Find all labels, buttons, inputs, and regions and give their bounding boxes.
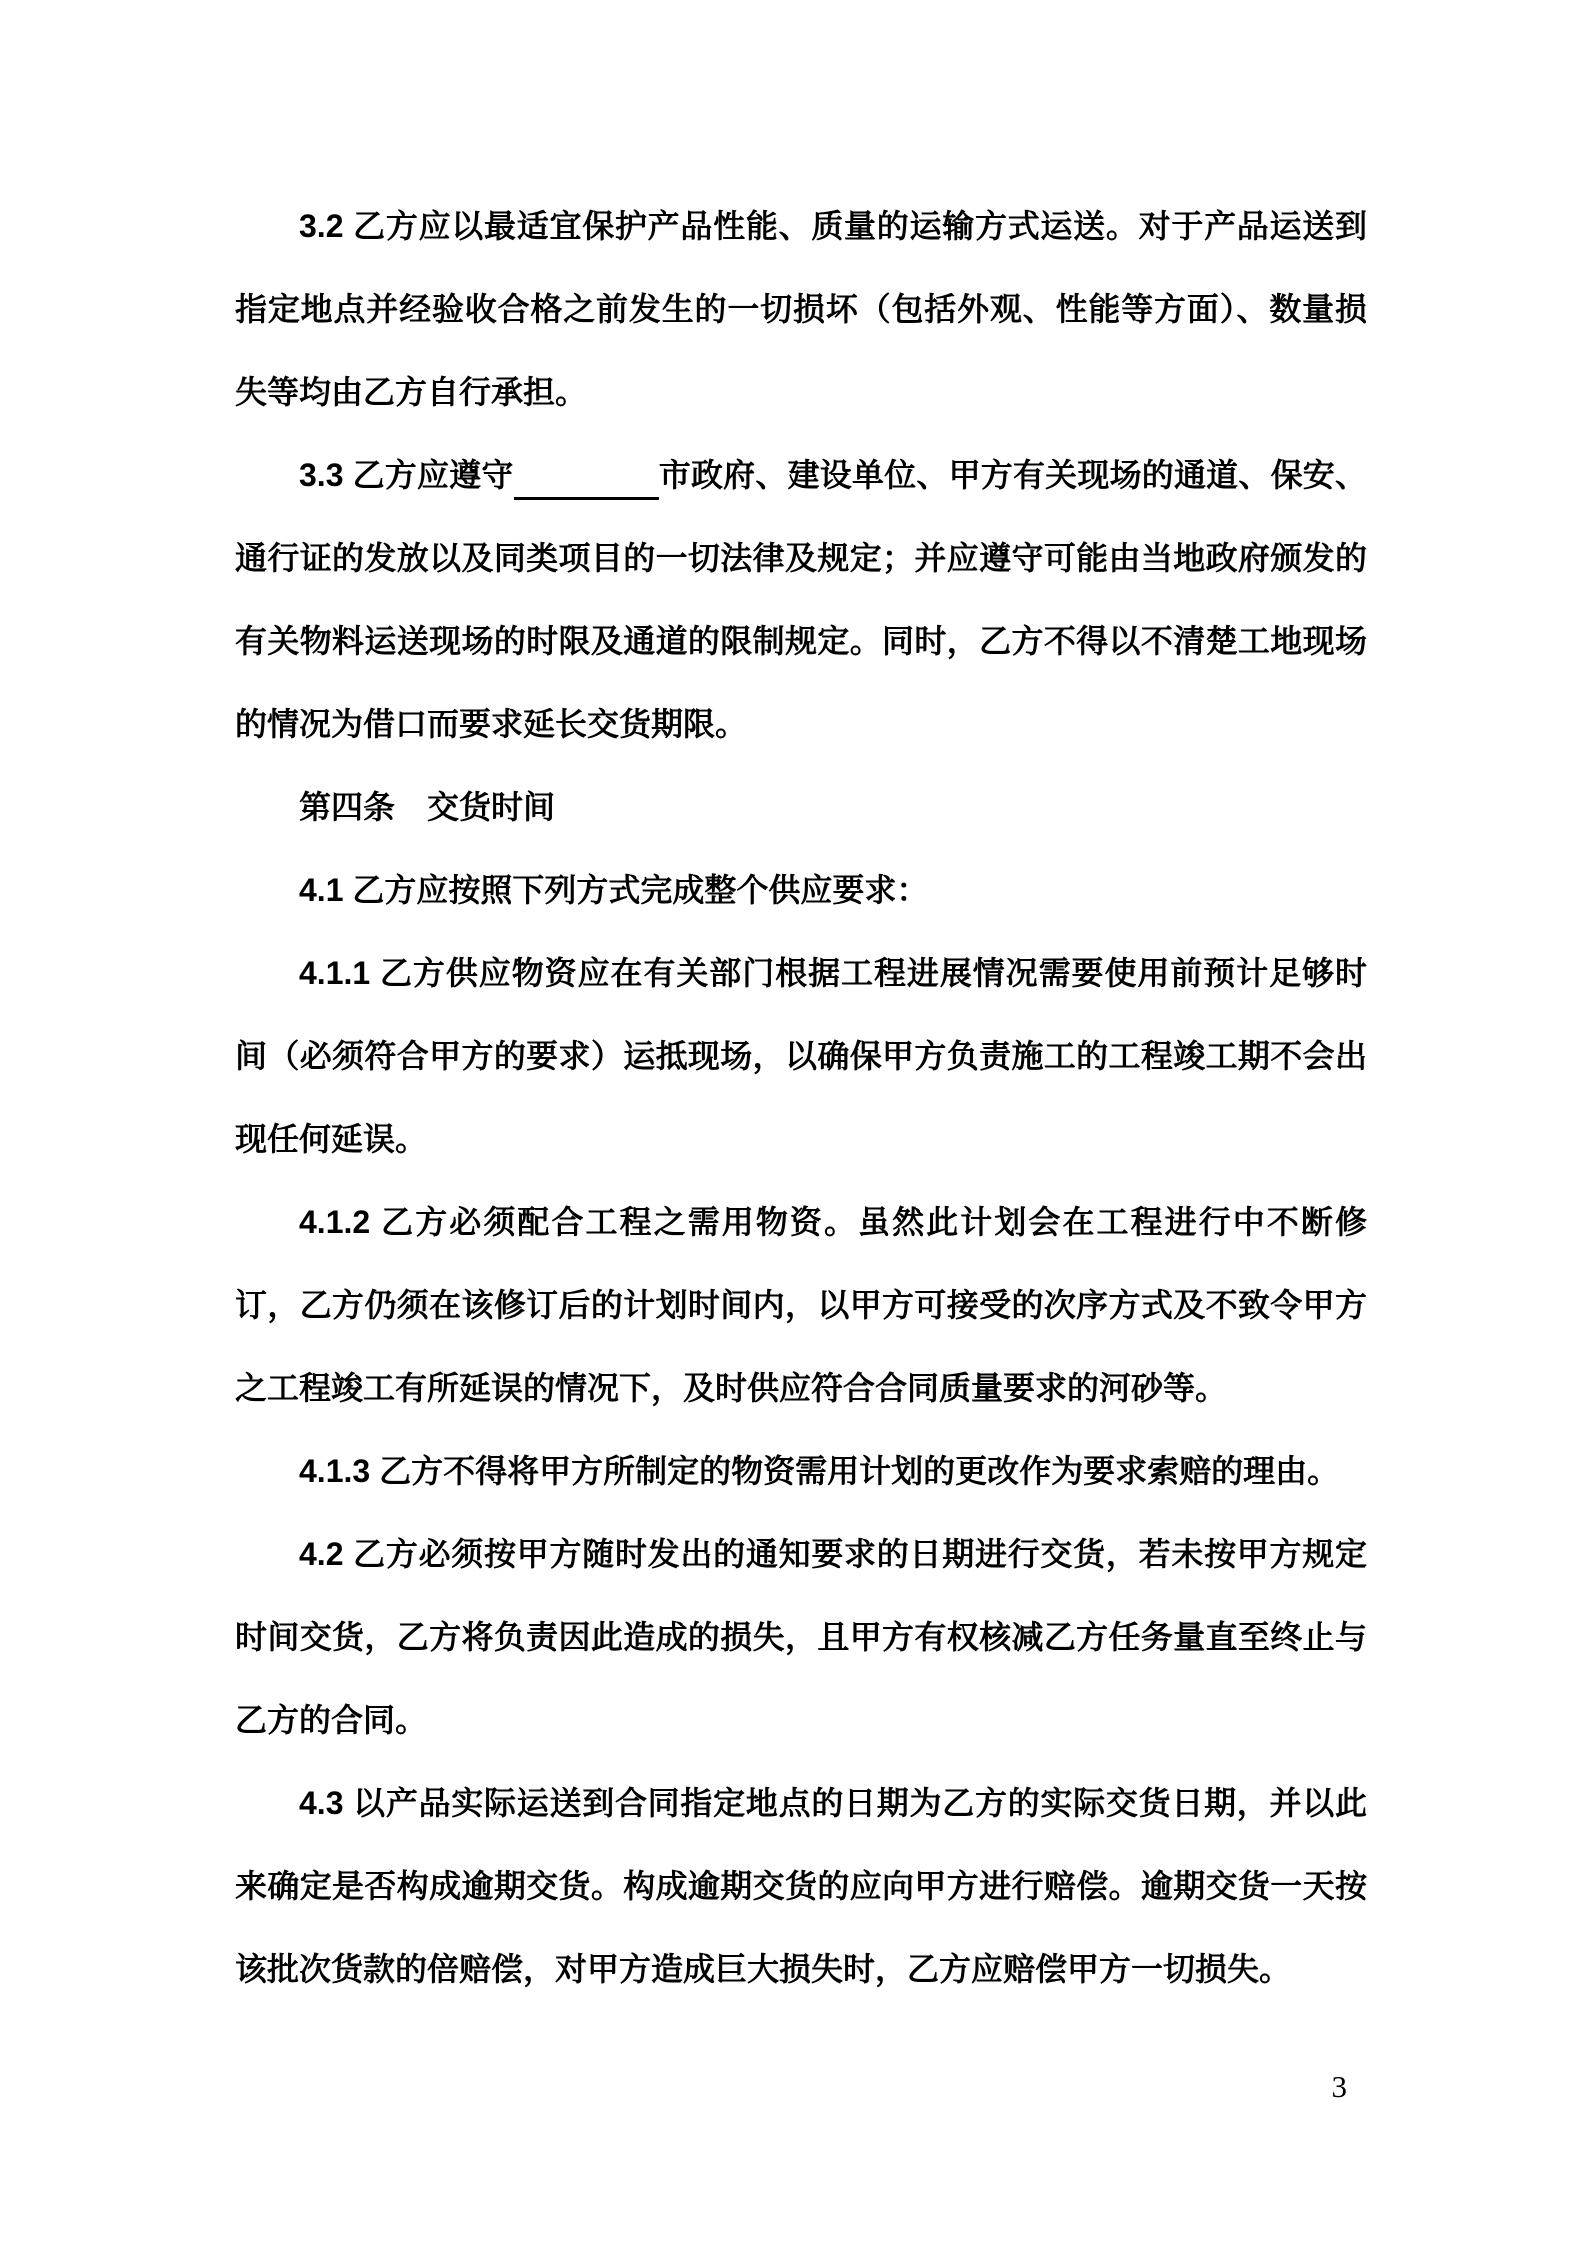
- clause-4-3: 4.3 以产品实际运送到合同指定地点的日期为乙方的实际交货日期，并以此来确定是否…: [235, 1762, 1367, 2011]
- clause-4-1: 4.1 乙方应按照下列方式完成整个供应要求：: [235, 849, 1367, 932]
- clause-3-3-text-post: 市政府、建设单位、甲方有关现场的通道、保安、通行证的发放以及同类项目的一切法律及…: [235, 457, 1367, 742]
- clause-3-2: 3.2 乙方应以最适宜保护产品性能、质量的运输方式运送。对于产品运送到指定地点并…: [235, 185, 1367, 434]
- contract-page: 3.2 乙方应以最适宜保护产品性能、质量的运输方式运送。对于产品运送到指定地点并…: [0, 0, 1586, 2244]
- fill-in-blank-underline[interactable]: [514, 467, 659, 500]
- clause-4-1-1: 4.1.1 乙方供应物资应在有关部门根据工程进展情况需要使用前预计足够时间（必须…: [235, 932, 1367, 1181]
- clause-3-3-text-pre: 3.3 乙方应遵守: [299, 457, 514, 493]
- article-4-heading: 第四条 交货时间: [235, 766, 1367, 849]
- page-number: 3: [235, 2069, 1367, 2105]
- clause-4-1-3: 4.1.3 乙方不得将甲方所制定的物资需用计划的更改作为要求索赔的理由。: [235, 1430, 1367, 1513]
- clause-4-1-2: 4.1.2 乙方必须配合工程之需用物资。虽然此计划会在工程进行中不断修订，乙方仍…: [235, 1181, 1367, 1430]
- clause-3-3: 3.3 乙方应遵守市政府、建设单位、甲方有关现场的通道、保安、通行证的发放以及同…: [235, 434, 1367, 766]
- clause-4-2: 4.2 乙方必须按甲方随时发出的通知要求的日期进行交货，若未按甲方规定时间交货，…: [235, 1513, 1367, 1762]
